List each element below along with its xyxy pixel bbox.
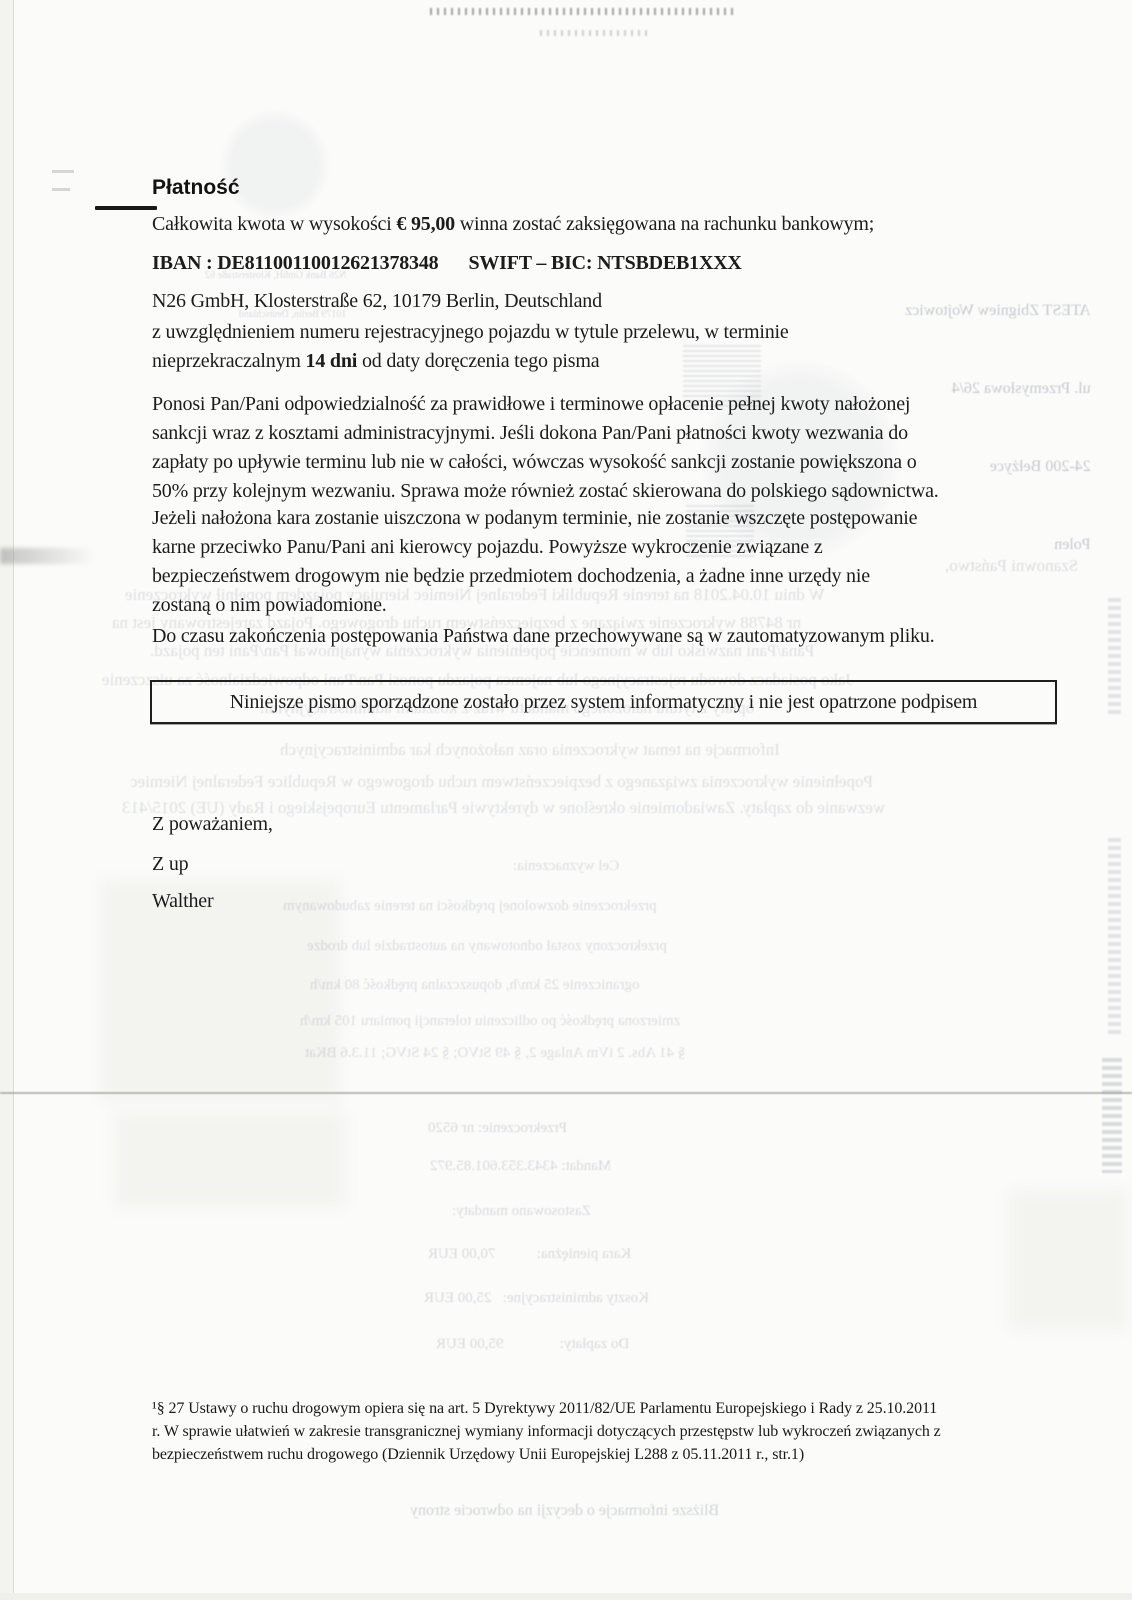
bleedthrough-line: przekroczony został odnotowany na autost… — [307, 938, 667, 955]
legal-footnote: ¹§ 27 Ustawy o ruchu drogowym opiera się… — [152, 1397, 941, 1466]
bleedthrough-line: Cel wyznaczenia: — [513, 858, 619, 875]
body-line: karne przeciwko Panu/Pani ani kierowcy p… — [152, 533, 917, 562]
deadline-pre: nieprzekraczalnym — [152, 350, 306, 372]
bleedthrough-vertical-text — [1108, 838, 1121, 1036]
bleedthrough-line: Popełnienie wykroczenia związanego z bez… — [130, 772, 873, 792]
body-line: Ponosi Pan/Pani odpowiedzialność za praw… — [152, 390, 939, 419]
system-generated-notice-box: Niniejsze pismo sporządzone zostało prze… — [150, 680, 1057, 724]
scan-streak — [0, 548, 95, 564]
bleedthrough-line: zmierzona prędkość po odliczeniu toleran… — [300, 1013, 680, 1030]
bleedthrough-vertical-text — [1108, 598, 1121, 716]
page-title: Płatność — [152, 176, 240, 200]
body-line: 50% przy kolejnym wezwaniu. Sprawa może … — [152, 477, 939, 506]
bleedthrough-vertical-text — [1102, 1058, 1122, 1173]
watermark-circle — [220, 110, 330, 220]
scan-edge-bottom — [0, 1593, 1132, 1600]
body-line: sankcji wraz z kosztami administracyjnym… — [152, 419, 939, 448]
bleedthrough-line: § 41 Abs. 2 iVm Anlage 2, § 49 StVO; § 2… — [305, 1045, 685, 1062]
bleedthrough-line: ograniczenie 25 km/h, dopuszczalna prędk… — [310, 977, 639, 994]
deadline-days: 14 dni — [306, 350, 358, 372]
footnote-line: ¹§ 27 Ustawy o ruchu drogowym opiera się… — [152, 1397, 941, 1420]
bleedthrough-line: Przekroczenie: nr 6520 — [428, 1120, 567, 1137]
liability-paragraph: Ponosi Pan/Pani odpowiedzialność za praw… — [152, 390, 939, 506]
bleedthrough-line: Bliższe informacje o decyzji na odwrocie… — [410, 1502, 719, 1520]
body-line: zostaną o nim powiadomione. — [152, 591, 917, 620]
data-storage-line: Do czasu zakończenia postępowania Państw… — [152, 625, 934, 648]
amount-due: € 95,00 — [396, 213, 455, 235]
fold-mark-dash — [95, 206, 157, 210]
scan-mark — [52, 170, 74, 173]
bleedthrough-line: Informacje na temat wykroczenia oraz nał… — [280, 740, 780, 760]
closing-regards: Z poważaniem, — [152, 813, 273, 836]
body-line: bezpieczeństwem drogowym nie będzie prze… — [152, 562, 917, 591]
bleedthrough-line: Koszty administracyjne: 25,00 EUR — [424, 1290, 649, 1307]
scan-smudge-top-2 — [540, 30, 650, 36]
bleedthrough-line: Polen — [905, 532, 1091, 558]
closing-zup: Z up — [152, 853, 188, 876]
intro-text-post: winna zostać zaksięgowana na rachunku ba… — [455, 213, 874, 235]
signature-name: Walther — [152, 890, 213, 913]
notice-box-text: Niniejsze pismo sporządzone zostało prze… — [230, 691, 977, 714]
scanned-letter-page: ATEST Zbigniew Wojtowicz ul. Przemysłowa… — [0, 0, 1132, 1600]
scan-edge-left — [0, 0, 13, 1600]
footnote-line: r. W sprawie ułatwień w zakresie transgr… — [152, 1420, 941, 1443]
bleedthrough-line: Do zapłaty: 95,00 EUR — [436, 1336, 629, 1353]
scan-shade-patch — [1010, 1190, 1128, 1330]
scan-smudge-top — [430, 8, 735, 15]
footnote-line: bezpieczeństwem ruchu drogowego (Dzienni… — [152, 1443, 941, 1466]
no-proceedings-paragraph: Jeżeli nałożona kara zostanie uiszczona … — [152, 504, 917, 620]
horizontal-divider-line — [0, 1092, 1132, 1094]
intro-line: Całkowita kwota w wysokości € 95,00 winn… — [152, 213, 874, 236]
bleedthrough-line: Kara pieniężna: 70,00 EUR — [428, 1246, 631, 1263]
page-edge-line — [13, 0, 14, 1600]
iban-swift-line: IBAN : DE81100110012621378348SWIFT – BIC… — [152, 252, 742, 275]
body-line: Jeżeli nałożona kara zostanie uiszczona … — [152, 504, 917, 533]
bleedthrough-line: przekroczenie dozwolonej prędkości na te… — [283, 898, 657, 915]
bank-address-line: N26 GmbH, Klosterstraße 62, 10179 Berlin… — [152, 290, 602, 313]
transfer-note-line: z uwzględnieniem numeru rejestracyjnego … — [152, 321, 789, 344]
bleedthrough-line: ATEST Zbigniew Wojtowicz — [905, 298, 1091, 324]
bleedthrough-line: Zastosowano mandaty: — [452, 1203, 591, 1220]
intro-text-pre: Całkowita kwota w wysokości — [152, 213, 396, 235]
scan-mark — [52, 188, 70, 191]
bleedthrough-line: Szanowni Państwo, — [945, 556, 1078, 576]
body-line: zapłaty po upływie terminu lub nie w cał… — [152, 448, 939, 477]
swift-bic-value: SWIFT – BIC: NTSBDEB1XXX — [468, 252, 741, 274]
deadline-post: od daty doręczenia tego pisma — [357, 350, 599, 372]
bleedthrough-line: Mandat: 4343.353.601.85.972 — [430, 1158, 611, 1175]
iban-value: IBAN : DE81100110012621378348 — [152, 252, 438, 274]
scan-shade-patch — [115, 1112, 345, 1207]
deadline-line: nieprzekraczalnym 14 dni od daty doręcze… — [152, 350, 599, 373]
